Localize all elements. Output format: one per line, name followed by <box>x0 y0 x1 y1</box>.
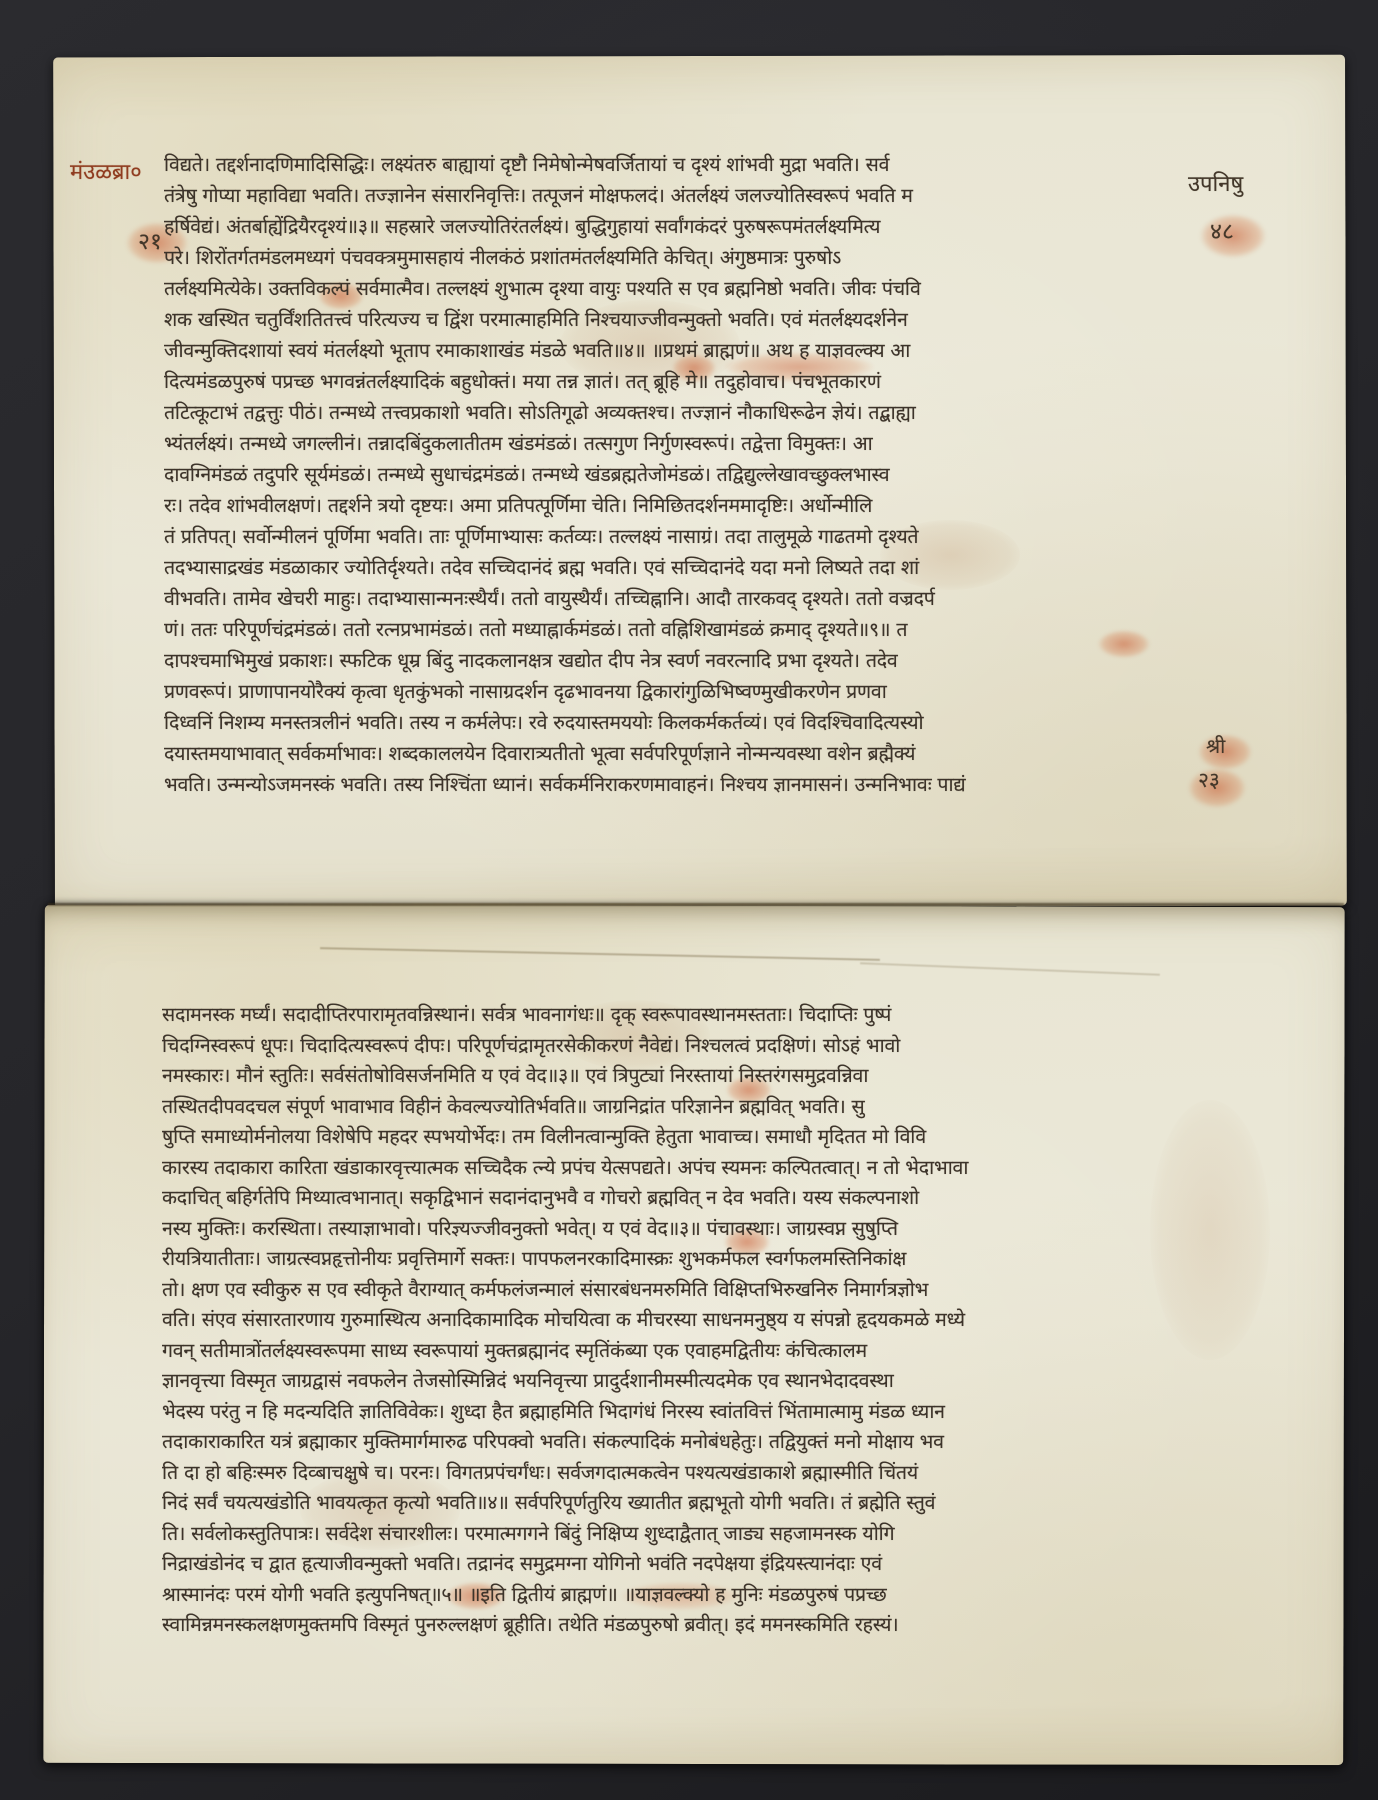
margin-label-upanishad: उपनिषु <box>1188 168 1243 198</box>
manuscript-line: षुप्ति समाध्योर्मनोलया विशेषेपि महदर स्प… <box>162 1122 1172 1153</box>
manuscript-line: स्वामिन्नमनस्कलक्षणमुक्तमपि विस्मृतं पुन… <box>162 1610 1172 1641</box>
manuscript-line: प्रणवरूपं। प्राणापानयोरैक्यं कृत्वा धृतक… <box>164 677 1168 708</box>
manuscript-line: कारस्य तदाकारा कारिता खंडाकारवृत्त्यात्म… <box>162 1153 1172 1184</box>
manuscript-line: शक खस्थित चतुर्विंशतितत्त्वं परित्यज्य च… <box>164 305 1168 336</box>
bottom-page-text-block: सदामनस्क मर्घ्यं। सदादीप्तिरपारामृतवन्नि… <box>162 1000 1172 1641</box>
manuscript-line: परे। शिरोंतर्गतमंडलमध्यगं पंचवक्त्रमुमास… <box>164 243 1168 274</box>
leaf-fold-seam <box>48 903 1344 906</box>
manuscript-line: नस्य मुक्तिः। करस्थिता। तस्याज्ञाभावो। प… <box>162 1214 1172 1245</box>
manuscript-line: दिध्वनिं निशम्य मनस्तत्रलीनं भवति। तस्य … <box>164 708 1168 739</box>
manuscript-line: विद्यते। तद्दर्शनादणिमादिसिद्धिः। लक्ष्य… <box>164 150 1168 181</box>
manuscript-line: कदाचित् बहिर्गतेपि मिथ्यात्वभानात्। सकृद… <box>162 1183 1172 1214</box>
manuscript-line: तंत्रेषु गोप्या महाविद्या भवति। तज्ज्ञान… <box>164 181 1168 212</box>
manuscript-line: दित्यमंडळपुरुषं पप्रच्छ भगवन्नंतर्लक्ष्य… <box>164 367 1168 398</box>
manuscript-line: भेदस्य परंतु न हि मदन्यदिति ज्ञातिविवेकः… <box>162 1397 1172 1428</box>
manuscript-line: वीभवति। तामेव खेचरी माहुः। तदाभ्यासान्मन… <box>164 584 1168 615</box>
photograph-of-manuscript: मंउळब्रा० २१ उपनिषु ४८ श्री २३ विद्यते। … <box>0 0 1378 1800</box>
manuscript-line: निदं सर्वं चयत्यखंडोति भावयत्कृत कृत्यो … <box>162 1488 1172 1519</box>
manuscript-line: तस्थितदीपवदचल संपूर्ण भावाभाव विहीनं केव… <box>162 1092 1172 1123</box>
manuscript-line: तर्लक्ष्यमित्येके। उक्तविकल्पं सर्वमात्म… <box>164 274 1168 305</box>
manuscript-line: ज्ञानवृत्त्या विस्मृत जाग्रद्वासं नवफलेन… <box>162 1366 1172 1397</box>
margin-title-abbreviation: मंउळब्रा० <box>70 156 142 186</box>
manuscript-line: णं। ततः परिपूर्णचंद्रमंडळं। ततो रत्नप्रभ… <box>164 615 1168 646</box>
manuscript-line: हर्षिवेद्यं। अंतर्बाह्येंद्रियैरदृश्यं॥३… <box>164 212 1168 243</box>
manuscript-line: वति। संएव संसारतारणाय गुरुमास्थित्य अनाद… <box>162 1305 1172 1336</box>
manuscript-line: श्रास्मानंदः परमं योगी भवति इत्युपनिषत्॥… <box>162 1580 1172 1611</box>
manuscript-line: भ्यंतर्लक्ष्यं। तन्मध्ये जगल्लीनं। तन्ना… <box>164 429 1168 460</box>
manuscript-line: गवन् सतीमात्रोंतर्लक्ष्यस्वरूपमा साध्य स… <box>162 1336 1172 1367</box>
manuscript-line: तटित्कूटाभं तद्वत्तुः पीठं। तन्मध्ये तत्… <box>164 398 1168 429</box>
manuscript-line: सदामनस्क मर्घ्यं। सदादीप्तिरपारामृतवन्नि… <box>162 1000 1172 1031</box>
manuscript-line: निद्राखंडोनंद च द्वात हृत्याजीवन्मुक्तो … <box>162 1549 1172 1580</box>
manuscript-line: नमस्कारः। मौनं स्तुतिः। सर्वसंतोषोविसर्ज… <box>162 1061 1172 1092</box>
top-page-text-block: विद्यते। तद्दर्शनादणिमादिसिद्धिः। लक्ष्य… <box>164 150 1168 801</box>
manuscript-line: तदाकाराकारित यत्रं ब्रह्माकार मुक्तिमार्… <box>162 1427 1172 1458</box>
manuscript-line: जीवन्मुक्तिदशायां स्वयं मंतर्लक्ष्यो भूत… <box>164 336 1168 367</box>
manuscript-line: रीयत्रियातीताः। जाग्रत्स्वप्नहृत्तोनीयः … <box>162 1244 1172 1275</box>
manuscript-line: दापश्चमाभिमुखं प्रकाशः। स्फटिक धूम्र बिं… <box>164 646 1168 677</box>
manuscript-line: ति। सर्वलोकस्तुतिपात्रः। सर्वदेश संचारशी… <box>162 1519 1172 1550</box>
manuscript-line: तं प्रतिपत्। सर्वोन्मीलनं पूर्णिमा भवति।… <box>164 522 1168 553</box>
manuscript-line: तदभ्यासाद्रखंड मंडळाकार ज्योतिर्दृश्यते।… <box>164 553 1168 584</box>
manuscript-line: तो। क्षण एव स्वीकुरु स एव स्वीकृते वैराग… <box>162 1275 1172 1306</box>
manuscript-line: ति दा हो बहिःस्मरु दिव्बाचक्षुषे च। परनः… <box>162 1458 1172 1489</box>
margin-shri: श्री <box>1206 732 1225 759</box>
folio-number-left: २१ <box>138 224 162 256</box>
manuscript-line: रः। तदेव शांभवीलक्षणं। तद्दर्शने त्रयो द… <box>164 491 1168 522</box>
margin-number-23: २३ <box>1198 766 1220 794</box>
manuscript-line: दावग्निमंडळं तदुपरि सूर्यमंडळं। तन्मध्ये… <box>164 460 1168 491</box>
manuscript-line: भवति। उन्मन्योऽजमनस्कं भवति। तस्य निश्चि… <box>164 770 1168 801</box>
page-number-right: ४८ <box>1210 214 1234 246</box>
manuscript-line: दयास्तमयाभावात् सर्वकर्माभावः। शब्दकाललय… <box>164 739 1168 770</box>
manuscript-line: चिदग्निस्वरूपं धूपः। चिदादित्यस्वरूपं दी… <box>162 1031 1172 1062</box>
